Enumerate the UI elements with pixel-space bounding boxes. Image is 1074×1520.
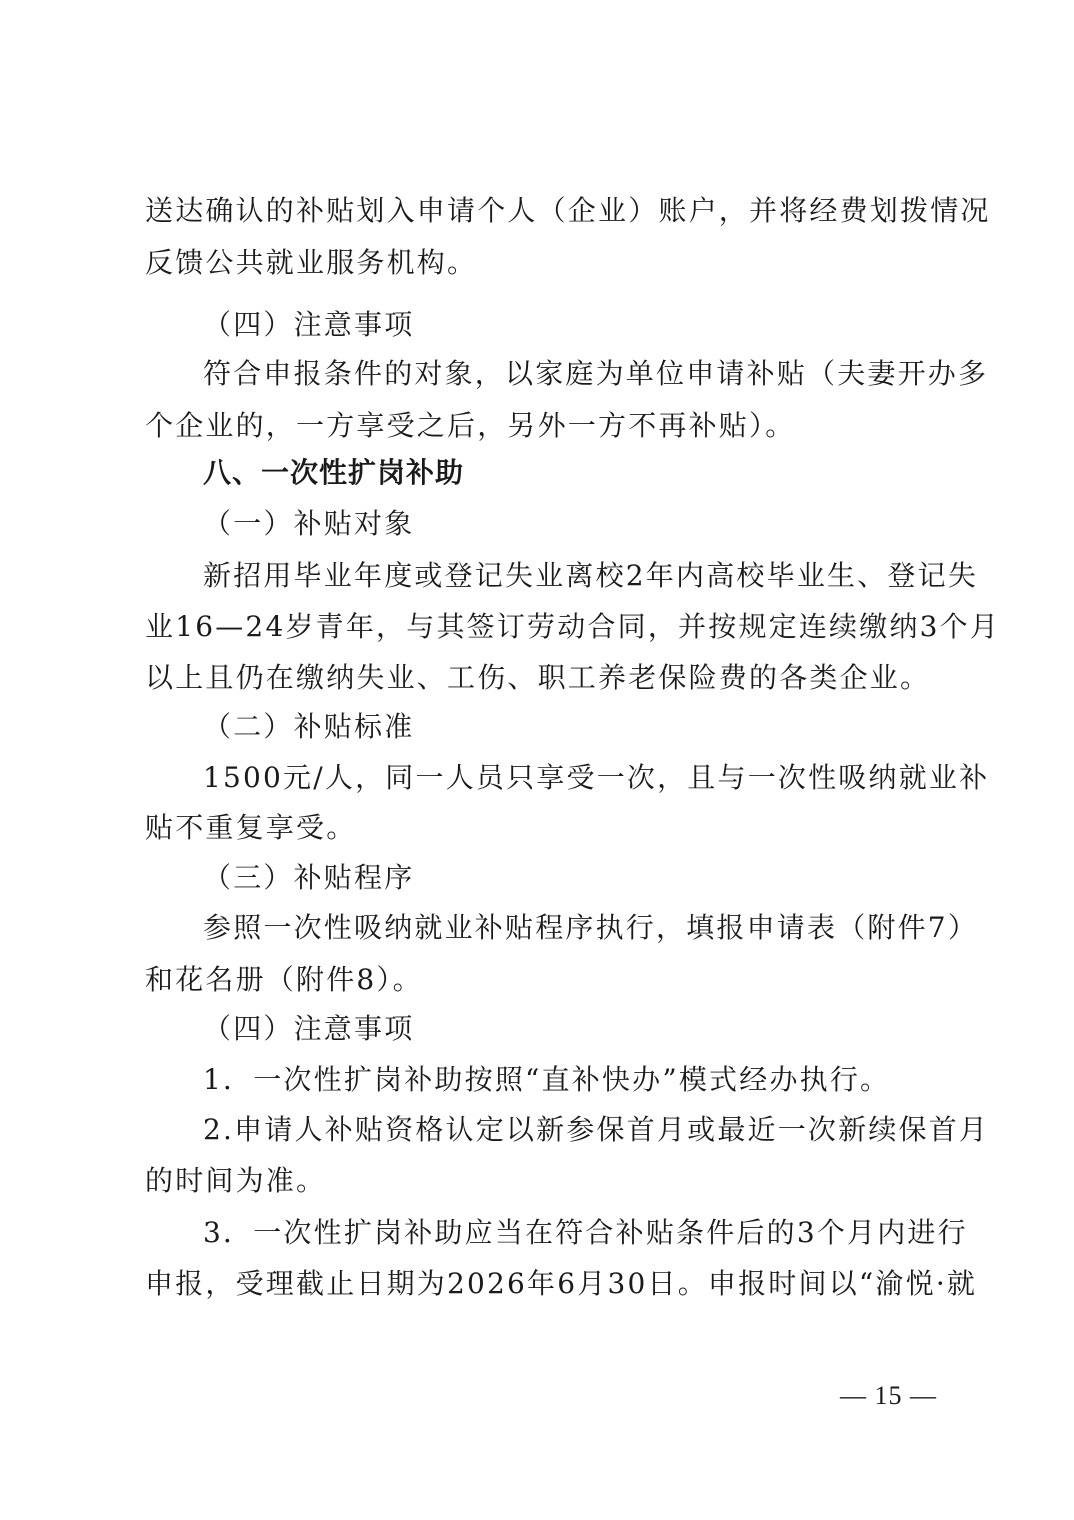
paragraph-line: 新招用毕业年度或登记失业离校2年内高校毕业生、登记失 (203, 558, 945, 594)
page-number: — 15 — (840, 1378, 937, 1414)
subsection-heading: （四）注意事项 (203, 1011, 414, 1047)
subsection-heading: （二）补贴标准 (203, 709, 414, 745)
subsection-heading: （四）注意事项 (203, 307, 414, 343)
paragraph-line: 业16—24岁青年，与其签订劳动合同，并按规定连续缴纳3个月 (145, 609, 945, 645)
paragraph-line: 和花名册（附件8）。 (145, 962, 423, 998)
paragraph-line: 的时间为准。 (145, 1163, 326, 1199)
paragraph-line: 贴不重复享受。 (145, 810, 356, 846)
list-item: 2.申请人补贴资格认定以新参保首月或最近一次新续保首月 (203, 1112, 945, 1148)
paragraph-line: 申报，受理截止日期为2026年6月30日。申报时间以“渝悦·就 (145, 1266, 945, 1302)
paragraph-line: 个企业的，一方享受之后，另外一方不再补贴）。 (145, 408, 795, 444)
subsection-heading: （三）补贴程序 (203, 860, 414, 896)
paragraph-line: 以上且仍在缴纳失业、工伤、职工养老保险费的各类企业。 (145, 660, 930, 696)
paragraph-line: 送达确认的补贴划入申请个人（企业）账户，并将经费划拨情况 (145, 193, 945, 229)
paragraph-line: 符合申报条件的对象，以家庭为单位申请补贴（夫妻开办多 (203, 356, 945, 392)
subsection-heading: （一）补贴对象 (203, 506, 414, 542)
paragraph-line: 参照一次性吸纳就业补贴程序执行，填报申请表（附件7） (203, 910, 945, 946)
paragraph-line: 反馈公共就业服务机构。 (145, 245, 477, 281)
section-heading: 八、一次性扩岗补助 (203, 455, 464, 491)
list-item: 1．一次性扩岗补助按照“直补快办”模式经办执行。 (203, 1062, 890, 1098)
list-item: 3．一次性扩岗补助应当在符合补贴条件后的3个月内进行 (203, 1215, 945, 1251)
paragraph-line: 1500元/人，同一人员只享受一次，且与一次性吸纳就业补 (203, 760, 945, 796)
